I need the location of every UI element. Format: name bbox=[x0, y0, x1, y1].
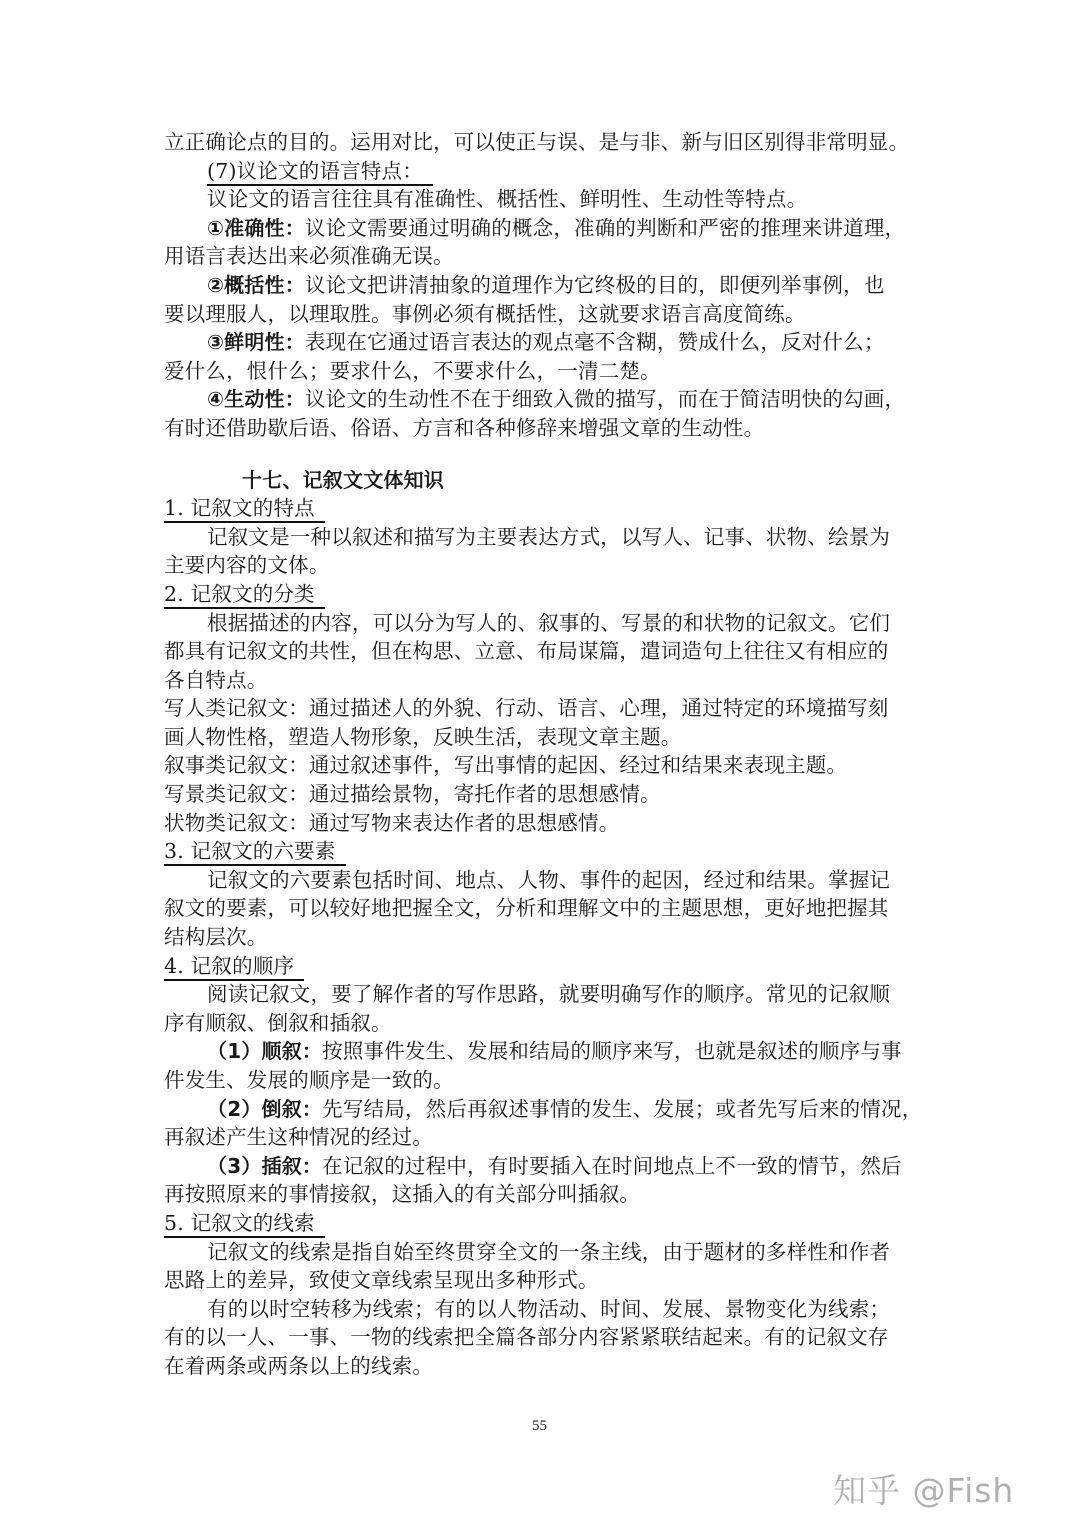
heading-text: 3. 记叙文的六要素 bbox=[164, 838, 346, 866]
section-heading-2: 2. 记叙文的分类 bbox=[164, 580, 920, 609]
watermark: 知乎 @Fish bbox=[833, 1465, 1014, 1512]
text-line: 结构层次。 bbox=[164, 923, 920, 952]
text-line: 写景类记叙文：通过描绘景物，寄托作者的思想感情。 bbox=[164, 780, 920, 809]
text-line: 记叙文的线索是指自始至终贯穿全文的一条主线，由于题材的多样性和作者 bbox=[164, 1238, 920, 1267]
feature-text: 表现在它通过语言表达的观点毫不含糊，赞成什么，反对什么； bbox=[305, 330, 885, 354]
feature-label: ①准确性： bbox=[207, 216, 305, 240]
text-line: 再叙述产生这种情况的经过。 bbox=[164, 1123, 920, 1152]
item-text: 先写结局，然后再叙述事情的发生、发展；或者先写后来的情况， bbox=[322, 1097, 922, 1121]
section-heading-3: 3. 记叙文的六要素 bbox=[164, 837, 920, 866]
order-item-interpolation: （3）插叙：在记叙的过程中，有时要插入在时间地点上不一致的情节，然后 bbox=[164, 1152, 920, 1181]
order-item-flashback: （2）倒叙：先写结局，然后再叙述事情的发生、发展；或者先写后来的情况， bbox=[164, 1095, 920, 1124]
heading-text: 2. 记叙文的分类 bbox=[164, 581, 325, 609]
feature-generality: ②概括性：议论文把讲清抽象的道理作为它终极的目的，即便列举事例，也 bbox=[164, 271, 920, 300]
document-page: 立正确论点的目的。运用对比，可以使正与误、是与非、新与旧区别得非常明显。 (7)… bbox=[164, 128, 920, 1381]
feature-label: ③鲜明性： bbox=[207, 330, 305, 354]
feature-vividness: ④生动性：议论文的生动性不在于细致入微的描写，而在于简洁明快的勾画， bbox=[164, 385, 920, 414]
text-line: 用语言表达出来必须准确无误。 bbox=[164, 242, 920, 271]
section-heading-1: 1. 记叙文的特点 bbox=[164, 494, 920, 523]
feature-clarity: ③鲜明性：表现在它通过语言表达的观点毫不含糊，赞成什么，反对什么； bbox=[164, 328, 920, 357]
page-number: 55 bbox=[532, 1418, 547, 1435]
item-text: 在记叙的过程中，有时要插入在时间地点上不一致的情节，然后 bbox=[322, 1154, 902, 1178]
item-text: 按照事件发生、发展和结局的顺序来写，也就是叙述的顺序与事 bbox=[322, 1039, 902, 1063]
text-line: 在着两条或两条以上的线索。 bbox=[164, 1352, 920, 1381]
subheading-text: (7)议论文的语言特点： bbox=[207, 158, 433, 186]
text-line: 画人物性格，塑造人物形象，反映生活，表现文章主题。 bbox=[164, 723, 920, 752]
feature-text: 议论文的生动性不在于细致入微的描写，而在于简洁明快的勾画， bbox=[305, 387, 905, 411]
text-line: 记叙文的六要素包括时间、地点、人物、事件的起因，经过和结果。掌握记 bbox=[164, 866, 920, 895]
text-line: 记叙文是一种以叙述和描写为主要表达方式，以写人、记事、状物、绘景为 bbox=[164, 523, 920, 552]
subheading-language-features: (7)议论文的语言特点： bbox=[164, 157, 920, 186]
text-line: 阅读记叙文，要了解作者的写作思路，就要明确写作的顺序。常见的记叙顺 bbox=[164, 980, 920, 1009]
text-line: 状物类记叙文：通过写物来表达作者的思想感情。 bbox=[164, 809, 920, 838]
item-label: （2）倒叙： bbox=[207, 1097, 322, 1121]
text-line: 件发生、发展的顺序是一致的。 bbox=[164, 1066, 920, 1095]
text-line: 叙文的要素，可以较好地把握全文，分析和理解文中的主题思想，更好地把握其 bbox=[164, 894, 920, 923]
text-line: 再按照原来的事情接叙，这插入的有关部分叫插叙。 bbox=[164, 1180, 920, 1209]
text-line: 思路上的差异，致使文章线索呈现出多种形式。 bbox=[164, 1266, 920, 1295]
section-title: 十七、记叙文文体知识 bbox=[164, 466, 920, 495]
order-item-chronological: （1）顺叙：按照事件发生、发展和结局的顺序来写，也就是叙述的顺序与事 bbox=[164, 1037, 920, 1066]
heading-text: 1. 记叙文的特点 bbox=[164, 495, 325, 523]
spacer bbox=[164, 443, 920, 466]
feature-label: ②概括性： bbox=[207, 273, 305, 297]
feature-accuracy: ①准确性：议论文需要通过明确的概念，准确的判断和严密的推理来讲道理， bbox=[164, 214, 920, 243]
text-line: 序有顺叙、倒叙和插叙。 bbox=[164, 1009, 920, 1038]
text-line: 主要内容的文体。 bbox=[164, 551, 920, 580]
item-label: （1）顺叙： bbox=[207, 1039, 322, 1063]
text-line: 立正确论点的目的。运用对比，可以使正与误、是与非、新与旧区别得非常明显。 bbox=[164, 128, 920, 157]
text-line: 有的以时空转移为线索；有的以人物活动、时间、发展、景物变化为线索； bbox=[164, 1295, 920, 1324]
text-line: 要以理服人，以理取胜。事例必须有概括性，这就要求语言高度简练。 bbox=[164, 300, 920, 329]
item-label: （3）插叙： bbox=[207, 1154, 322, 1178]
text-line: 爱什么，恨什么；要求什么，不要求什么，一清二楚。 bbox=[164, 357, 920, 386]
text-line: 议论文的语言往往具有准确性、概括性、鲜明性、生动性等特点。 bbox=[164, 185, 920, 214]
section-heading-4: 4. 记叙的顺序 bbox=[164, 952, 920, 981]
section-heading-5: 5. 记叙文的线索 bbox=[164, 1209, 920, 1238]
text-line: 各自特点。 bbox=[164, 666, 920, 695]
feature-text: 议论文需要通过明确的概念，准确的判断和严密的推理来讲道理， bbox=[305, 216, 905, 240]
text-line: 有的以一人、一事、一物的线索把全篇各部分内容紧紧联结起来。有的记叙文存 bbox=[164, 1323, 920, 1352]
feature-text: 议论文把讲清抽象的道理作为它终极的目的，即便列举事例，也 bbox=[305, 273, 885, 297]
heading-text: 5. 记叙文的线索 bbox=[164, 1210, 325, 1238]
text-line: 写人类记叙文：通过描述人的外貌、行动、语言、心理，通过特定的环境描写刻 bbox=[164, 694, 920, 723]
text-line: 有时还借助歇后语、俗语、方言和各种修辞来增强文章的生动性。 bbox=[164, 414, 920, 443]
text-line: 都具有记叙文的共性，但在构思、立意、布局谋篇，遣词造句上往往又有相应的 bbox=[164, 637, 920, 666]
text-line: 叙事类记叙文：通过叙述事件，写出事情的起因、经过和结果来表现主题。 bbox=[164, 751, 920, 780]
feature-label: ④生动性： bbox=[207, 387, 305, 411]
heading-text: 4. 记叙的顺序 bbox=[164, 953, 304, 981]
text-line: 根据描述的内容，可以分为写人的、叙事的、写景的和状物的记叙文。它们 bbox=[164, 609, 920, 638]
